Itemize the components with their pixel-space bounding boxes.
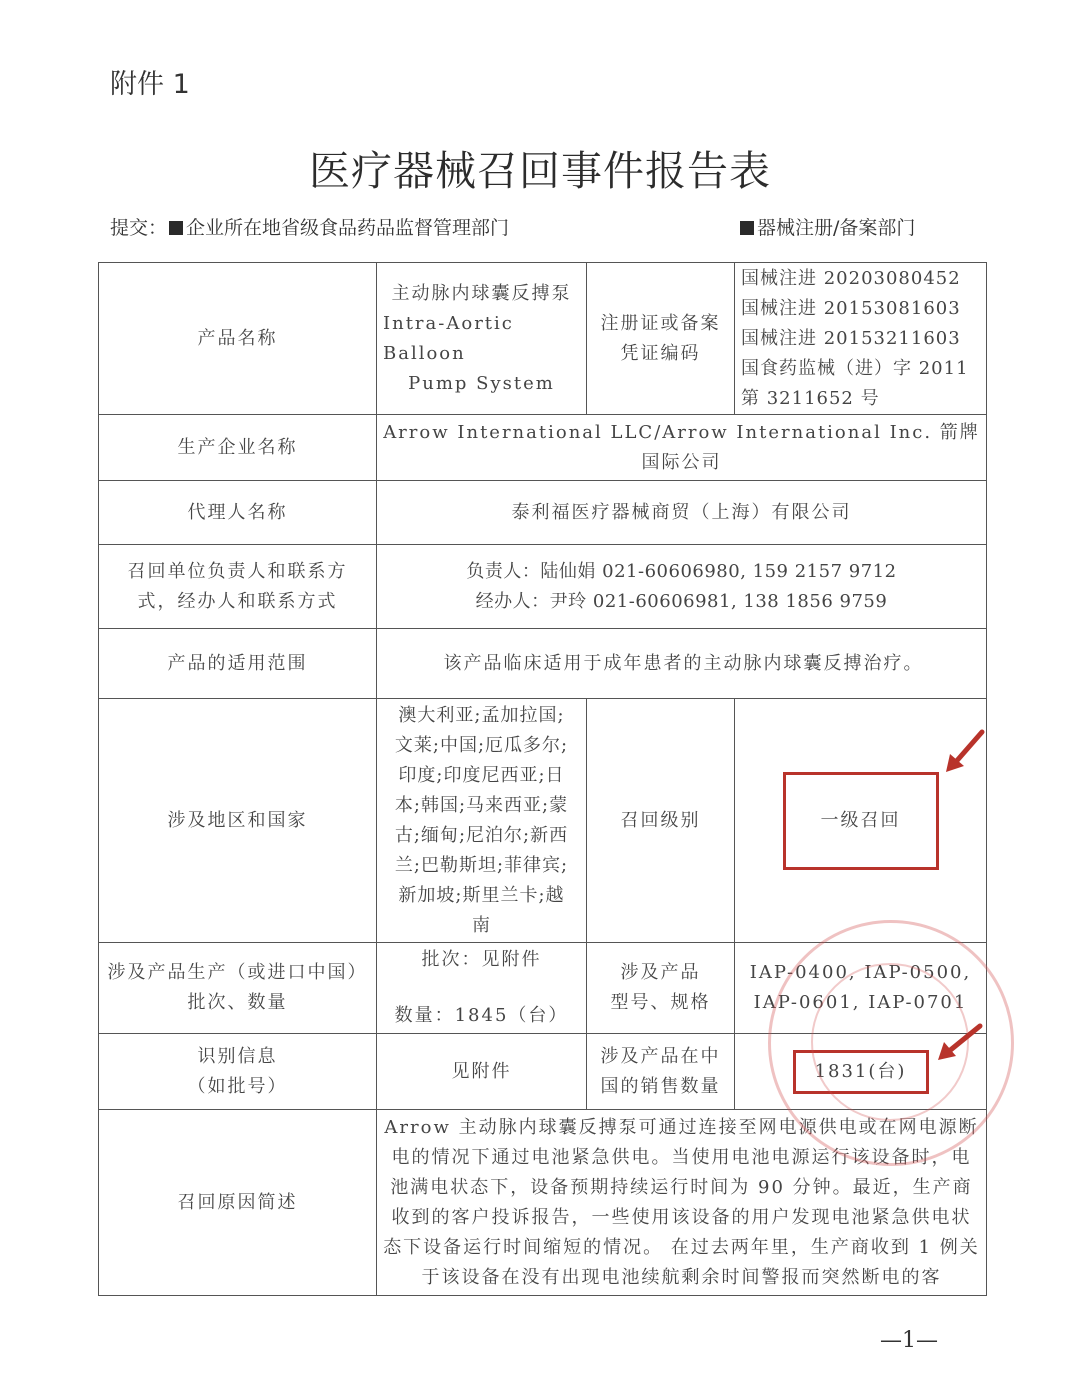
product-name-en-1: Intra-Aortic Balloon [383, 309, 580, 369]
batches-label-2: 批次、数量 [105, 988, 370, 1018]
value-registration: 国械注进 20203080452 国械注进 20153081603 国械注进 2… [735, 263, 987, 415]
submit-prefix: 提交： [110, 217, 167, 239]
row-contacts: 召回单位负责人和联系方 式，经办人和联系方式 负责人：陆仙娟 021-60606… [99, 545, 987, 629]
row-scope: 产品的适用范围 该产品临床适用于成年患者的主动脉内球囊反搏治疗。 [99, 629, 987, 699]
label-manufacturer: 生产企业名称 [99, 415, 377, 481]
row-regions: 涉及地区和国家 澳大利亚;孟加拉国; 文莱;中国;厄瓜多尔; 印度;印度尼西亚;… [99, 699, 987, 943]
value-product-name: 主动脉内球囊反搏泵 Intra-Aortic Balloon Pump Syst… [377, 263, 587, 415]
batches-label-1: 涉及产品生产（或进口中国） [105, 958, 370, 988]
registration-number: 国械注进 20153081603 [741, 294, 980, 324]
highlight-box: 1831(台) [793, 1050, 929, 1094]
row-product-name: 产品名称 主动脉内球囊反搏泵 Intra-Aortic Balloon Pump… [99, 263, 987, 415]
quantity-text: 数量：1845（台） [387, 1001, 576, 1031]
label-reason: 召回原因简述 [99, 1110, 377, 1296]
registration-label-2: 凭证编码 [593, 339, 728, 369]
label-contacts: 召回单位负责人和联系方 式，经办人和联系方式 [99, 545, 377, 629]
label-recall-level: 召回级别 [587, 699, 735, 943]
row-manufacturer: 生产企业名称 Arrow International LLC/Arrow Int… [99, 415, 987, 481]
region-line: 澳大利亚;孟加拉国; [383, 701, 580, 731]
submit-to-provincial: 提交：企业所在地省级食品药品监督管理部门 [110, 213, 509, 240]
label-agent: 代理人名称 [99, 481, 377, 545]
label-product-name: 产品名称 [99, 263, 377, 415]
value-models: IAP-0400, IAP-0500, IAP-0601, IAP-0701 [735, 943, 987, 1034]
contact-responsible: 负责人：陆仙娟 021-60606980, 159 2157 9712 [383, 557, 980, 587]
submit-to-right-label: 器械注册/备案部门 [757, 217, 915, 239]
identification-label-2: （如批号） [105, 1072, 370, 1102]
models-label-2: 型号、规格 [593, 988, 728, 1018]
region-line: 兰;巴勒斯坦;菲律宾; [383, 851, 580, 881]
contacts-label-1: 召回单位负责人和联系方 [105, 557, 370, 587]
registration-number: 国械注进 20203080452 [741, 264, 980, 294]
label-registration: 注册证或备案 凭证编码 [587, 263, 735, 415]
red-arrow-icon [936, 1022, 984, 1062]
model-line: IAP-0601, IAP-0701 [741, 988, 980, 1018]
submit-to-registration: 器械注册/备案部门 [738, 213, 915, 240]
identification-label-1: 识别信息 [105, 1042, 370, 1072]
row-reason: 召回原因简述 Arrow 主动脉内球囊反搏泵可通过连接至网电源供电或在网电源断电… [99, 1110, 987, 1296]
product-name-cn: 主动脉内球囊反搏泵 [383, 279, 580, 309]
checkbox-filled-icon [740, 221, 754, 235]
model-line: IAP-0400, IAP-0500, [741, 958, 980, 988]
label-identification: 识别信息 （如批号） [99, 1034, 377, 1110]
contact-handler: 经办人：尹玲 021-60606981, 138 1856 9759 [383, 587, 980, 617]
red-arrow-icon [944, 728, 986, 774]
value-batches: 批次：见附件 数量：1845（台） [377, 943, 587, 1034]
value-contacts: 负责人：陆仙娟 021-60606980, 159 2157 9712 经办人：… [377, 545, 987, 629]
region-line: 古;缅甸;尼泊尔;新西 [383, 821, 580, 851]
attachment-label: 附件 1 [110, 62, 190, 101]
region-line: 印度;印度尼西亚;日 [383, 761, 580, 791]
region-line: 新加坡;斯里兰卡;越 [383, 881, 580, 911]
page-title: 医疗器械召回事件报告表 [0, 138, 1080, 197]
label-batches: 涉及产品生产（或进口中国） 批次、数量 [99, 943, 377, 1034]
region-line: 南 [383, 911, 580, 941]
label-china-sales: 涉及产品在中 国的销售数量 [587, 1034, 735, 1110]
batch-text: 批次：见附件 [387, 945, 576, 975]
china-sales-label-1: 涉及产品在中 [593, 1042, 728, 1072]
value-reason: Arrow 主动脉内球囊反搏泵可通过连接至网电源供电或在网电源断电的情况下通过电… [377, 1110, 987, 1296]
registration-number: 国械注进 20153211603 [741, 324, 980, 354]
registration-number: 第 3211652 号 [741, 384, 980, 414]
label-regions: 涉及地区和国家 [99, 699, 377, 943]
product-name-en-2: Pump System [383, 369, 580, 399]
value-manufacturer: Arrow International LLC/Arrow Internatio… [377, 415, 987, 481]
contacts-label-2: 式，经办人和联系方式 [105, 587, 370, 617]
china-sales-label-2: 国的销售数量 [593, 1072, 728, 1102]
registration-label-1: 注册证或备案 [593, 309, 728, 339]
recall-report-table: 产品名称 主动脉内球囊反搏泵 Intra-Aortic Balloon Pump… [98, 262, 987, 1296]
region-line: 本;韩国;马来西亚;蒙 [383, 791, 580, 821]
row-identification: 识别信息 （如批号） 见附件 涉及产品在中 国的销售数量 1831(台) [99, 1034, 987, 1110]
recall-level-text: 一级召回 [821, 810, 901, 831]
value-regions: 澳大利亚;孟加拉国; 文莱;中国;厄瓜多尔; 印度;印度尼西亚;日 本;韩国;马… [377, 699, 587, 943]
china-sales-text: 1831(台) [815, 1061, 907, 1082]
registration-number: 国食药监械（进）字 2011 [741, 354, 980, 384]
checkbox-filled-icon [169, 221, 183, 235]
region-line: 文莱;中国;厄瓜多尔; [383, 731, 580, 761]
row-batches: 涉及产品生产（或进口中国） 批次、数量 批次：见附件 数量：1845（台） 涉及… [99, 943, 987, 1034]
page-number: —1— [880, 1328, 938, 1353]
value-agent: 泰利福医疗器械商贸（上海）有限公司 [377, 481, 987, 545]
value-identification: 见附件 [377, 1034, 587, 1110]
submit-to-left-label: 企业所在地省级食品药品监督管理部门 [186, 217, 509, 239]
highlight-box: 一级召回 [783, 772, 939, 870]
value-scope: 该产品临床适用于成年患者的主动脉内球囊反搏治疗。 [377, 629, 987, 699]
row-agent: 代理人名称 泰利福医疗器械商贸（上海）有限公司 [99, 481, 987, 545]
label-models: 涉及产品 型号、规格 [587, 943, 735, 1034]
label-scope: 产品的适用范围 [99, 629, 377, 699]
models-label-1: 涉及产品 [593, 958, 728, 988]
